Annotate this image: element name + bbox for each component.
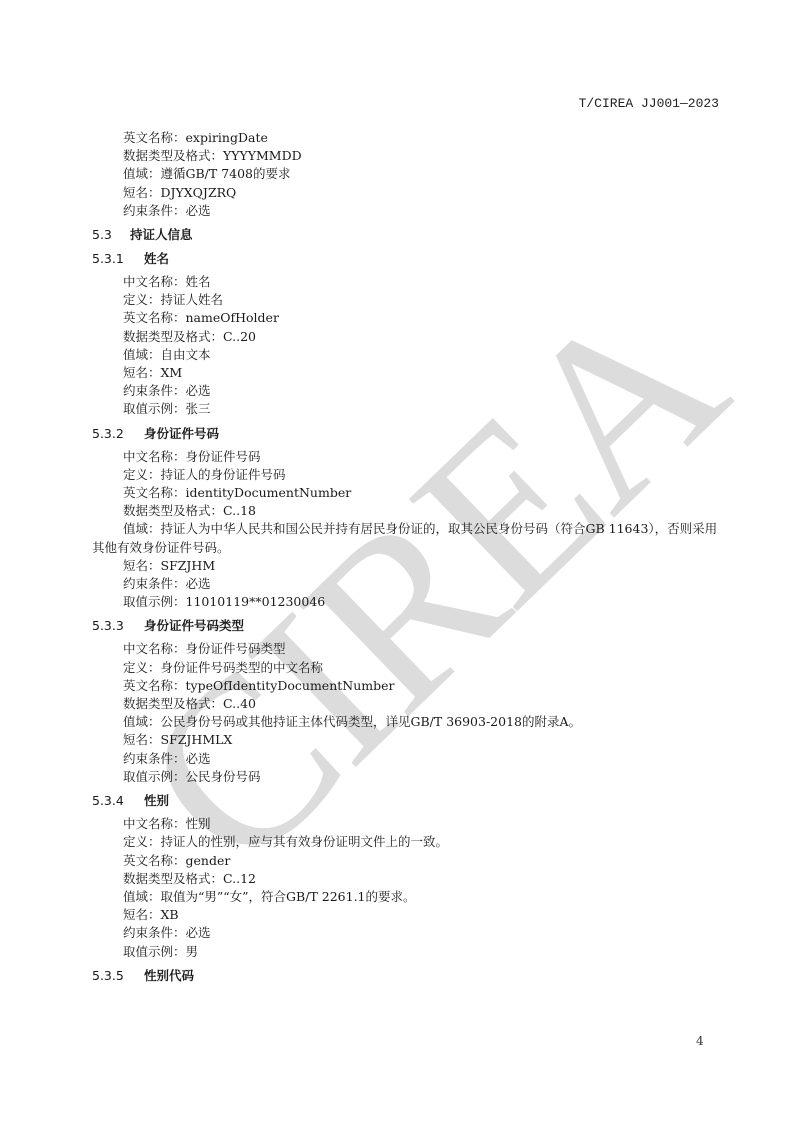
field-line: 约束条件：必选	[92, 382, 722, 400]
field-line: 数据类型及格式：C..18	[92, 502, 722, 520]
section-title: 持证人信息	[130, 227, 193, 242]
field-line: 中文名称：身份证件号码类型	[92, 640, 722, 658]
field-line: 英文名称：gender	[92, 852, 722, 870]
field-line: 短名：XM	[92, 364, 722, 382]
field-line: 英文名称：nameOfHolder	[92, 309, 722, 327]
field-line: 值域：取值为“男”“女”，符合GB/T 2261.1的要求。	[92, 888, 722, 906]
section-title: 身份证件号码	[144, 426, 219, 441]
field-line: 取值示例：公民身份号码	[92, 768, 722, 786]
field-line: 定义：持证人的性别，应与其有效身份证明文件上的一致。	[92, 833, 722, 851]
field-line: 英文名称：identityDocumentNumber	[92, 484, 722, 502]
section-heading-5-3: 5.3持证人信息	[92, 226, 722, 244]
field-line: 取值示例：11010119**01230046	[92, 593, 722, 611]
field-line: 中文名称：身份证件号码	[92, 448, 722, 466]
field-line: 短名：SFZJHMLX	[92, 731, 722, 749]
section-number: 5.3.3	[92, 617, 144, 635]
section-heading-5-3-4: 5.3.4性别	[92, 792, 722, 810]
field-line: 数据类型及格式：C..20	[92, 328, 722, 346]
field-line: 定义：持证人的身份证件号码	[92, 466, 722, 484]
field-line: 短名：DJYXQJZRQ	[92, 184, 722, 202]
section-heading-5-3-5: 5.3.5性别代码	[92, 967, 722, 985]
document-page: CIREA T/CIREA JJ001—2023 英文名称：expiringDa…	[0, 0, 794, 1123]
field-line: 短名：XB	[92, 906, 722, 924]
field-line: 中文名称：姓名	[92, 273, 722, 291]
section-title: 身份证件号码类型	[144, 618, 244, 633]
section-title: 姓名	[144, 251, 169, 266]
section-heading-5-3-3: 5.3.3身份证件号码类型	[92, 617, 722, 635]
section-title: 性别	[144, 793, 169, 808]
section-heading-5-3-1: 5.3.1姓名	[92, 250, 722, 268]
section-number: 5.3.5	[92, 967, 144, 985]
field-line: 取值示例：男	[92, 943, 722, 961]
section-number: 5.3	[92, 226, 130, 244]
field-line: 数据类型及格式：C..12	[92, 870, 722, 888]
field-line: 中文名称：性别	[92, 815, 722, 833]
field-line-range: 值域：持证人为中华人民共和国公民并持有居民身份证的，取其公民身份号码（符合GB …	[92, 520, 722, 556]
field-line: 英文名称：expiringDate	[92, 129, 722, 147]
field-line: 值域：公民身份号码或其他持证主体代码类型，详见GB/T 36903-2018的附…	[92, 713, 722, 731]
page-content: 英文名称：expiringDate 数据类型及格式：YYYYMMDD 值域：遵循…	[92, 129, 722, 990]
section-heading-5-3-2: 5.3.2身份证件号码	[92, 425, 722, 443]
intro-field-block: 英文名称：expiringDate 数据类型及格式：YYYYMMDD 值域：遵循…	[92, 129, 722, 220]
section-number: 5.3.2	[92, 425, 144, 443]
field-line: 短名：SFZJHM	[92, 557, 722, 575]
field-line: 数据类型及格式：C..40	[92, 695, 722, 713]
page-number: 4	[696, 1034, 704, 1048]
field-line: 定义：身份证件号码类型的中文名称	[92, 659, 722, 677]
field-line: 定义：持证人姓名	[92, 291, 722, 309]
field-line: 值域：自由文本	[92, 346, 722, 364]
field-line: 约束条件：必选	[92, 575, 722, 593]
field-line: 约束条件：必选	[92, 924, 722, 942]
field-block-id-number: 中文名称：身份证件号码 定义：持证人的身份证件号码 英文名称：identityD…	[92, 448, 722, 612]
field-line: 约束条件：必选	[92, 202, 722, 220]
field-line: 数据类型及格式：YYYYMMDD	[92, 147, 722, 165]
section-title: 性别代码	[144, 968, 194, 983]
document-code: T/CIREA JJ001—2023	[579, 96, 719, 111]
section-number: 5.3.4	[92, 792, 144, 810]
field-line: 值域：遵循GB/T 7408的要求	[92, 165, 722, 183]
field-block-gender: 中文名称：性别 定义：持证人的性别，应与其有效身份证明文件上的一致。 英文名称：…	[92, 815, 722, 961]
field-line: 约束条件：必选	[92, 750, 722, 768]
field-block-id-type: 中文名称：身份证件号码类型 定义：身份证件号码类型的中文名称 英文名称：type…	[92, 640, 722, 786]
section-number: 5.3.1	[92, 250, 144, 268]
field-block-name: 中文名称：姓名 定义：持证人姓名 英文名称：nameOfHolder 数据类型及…	[92, 273, 722, 419]
field-line: 英文名称：typeOfIdentityDocumentNumber	[92, 677, 722, 695]
field-line: 取值示例：张三	[92, 400, 722, 418]
